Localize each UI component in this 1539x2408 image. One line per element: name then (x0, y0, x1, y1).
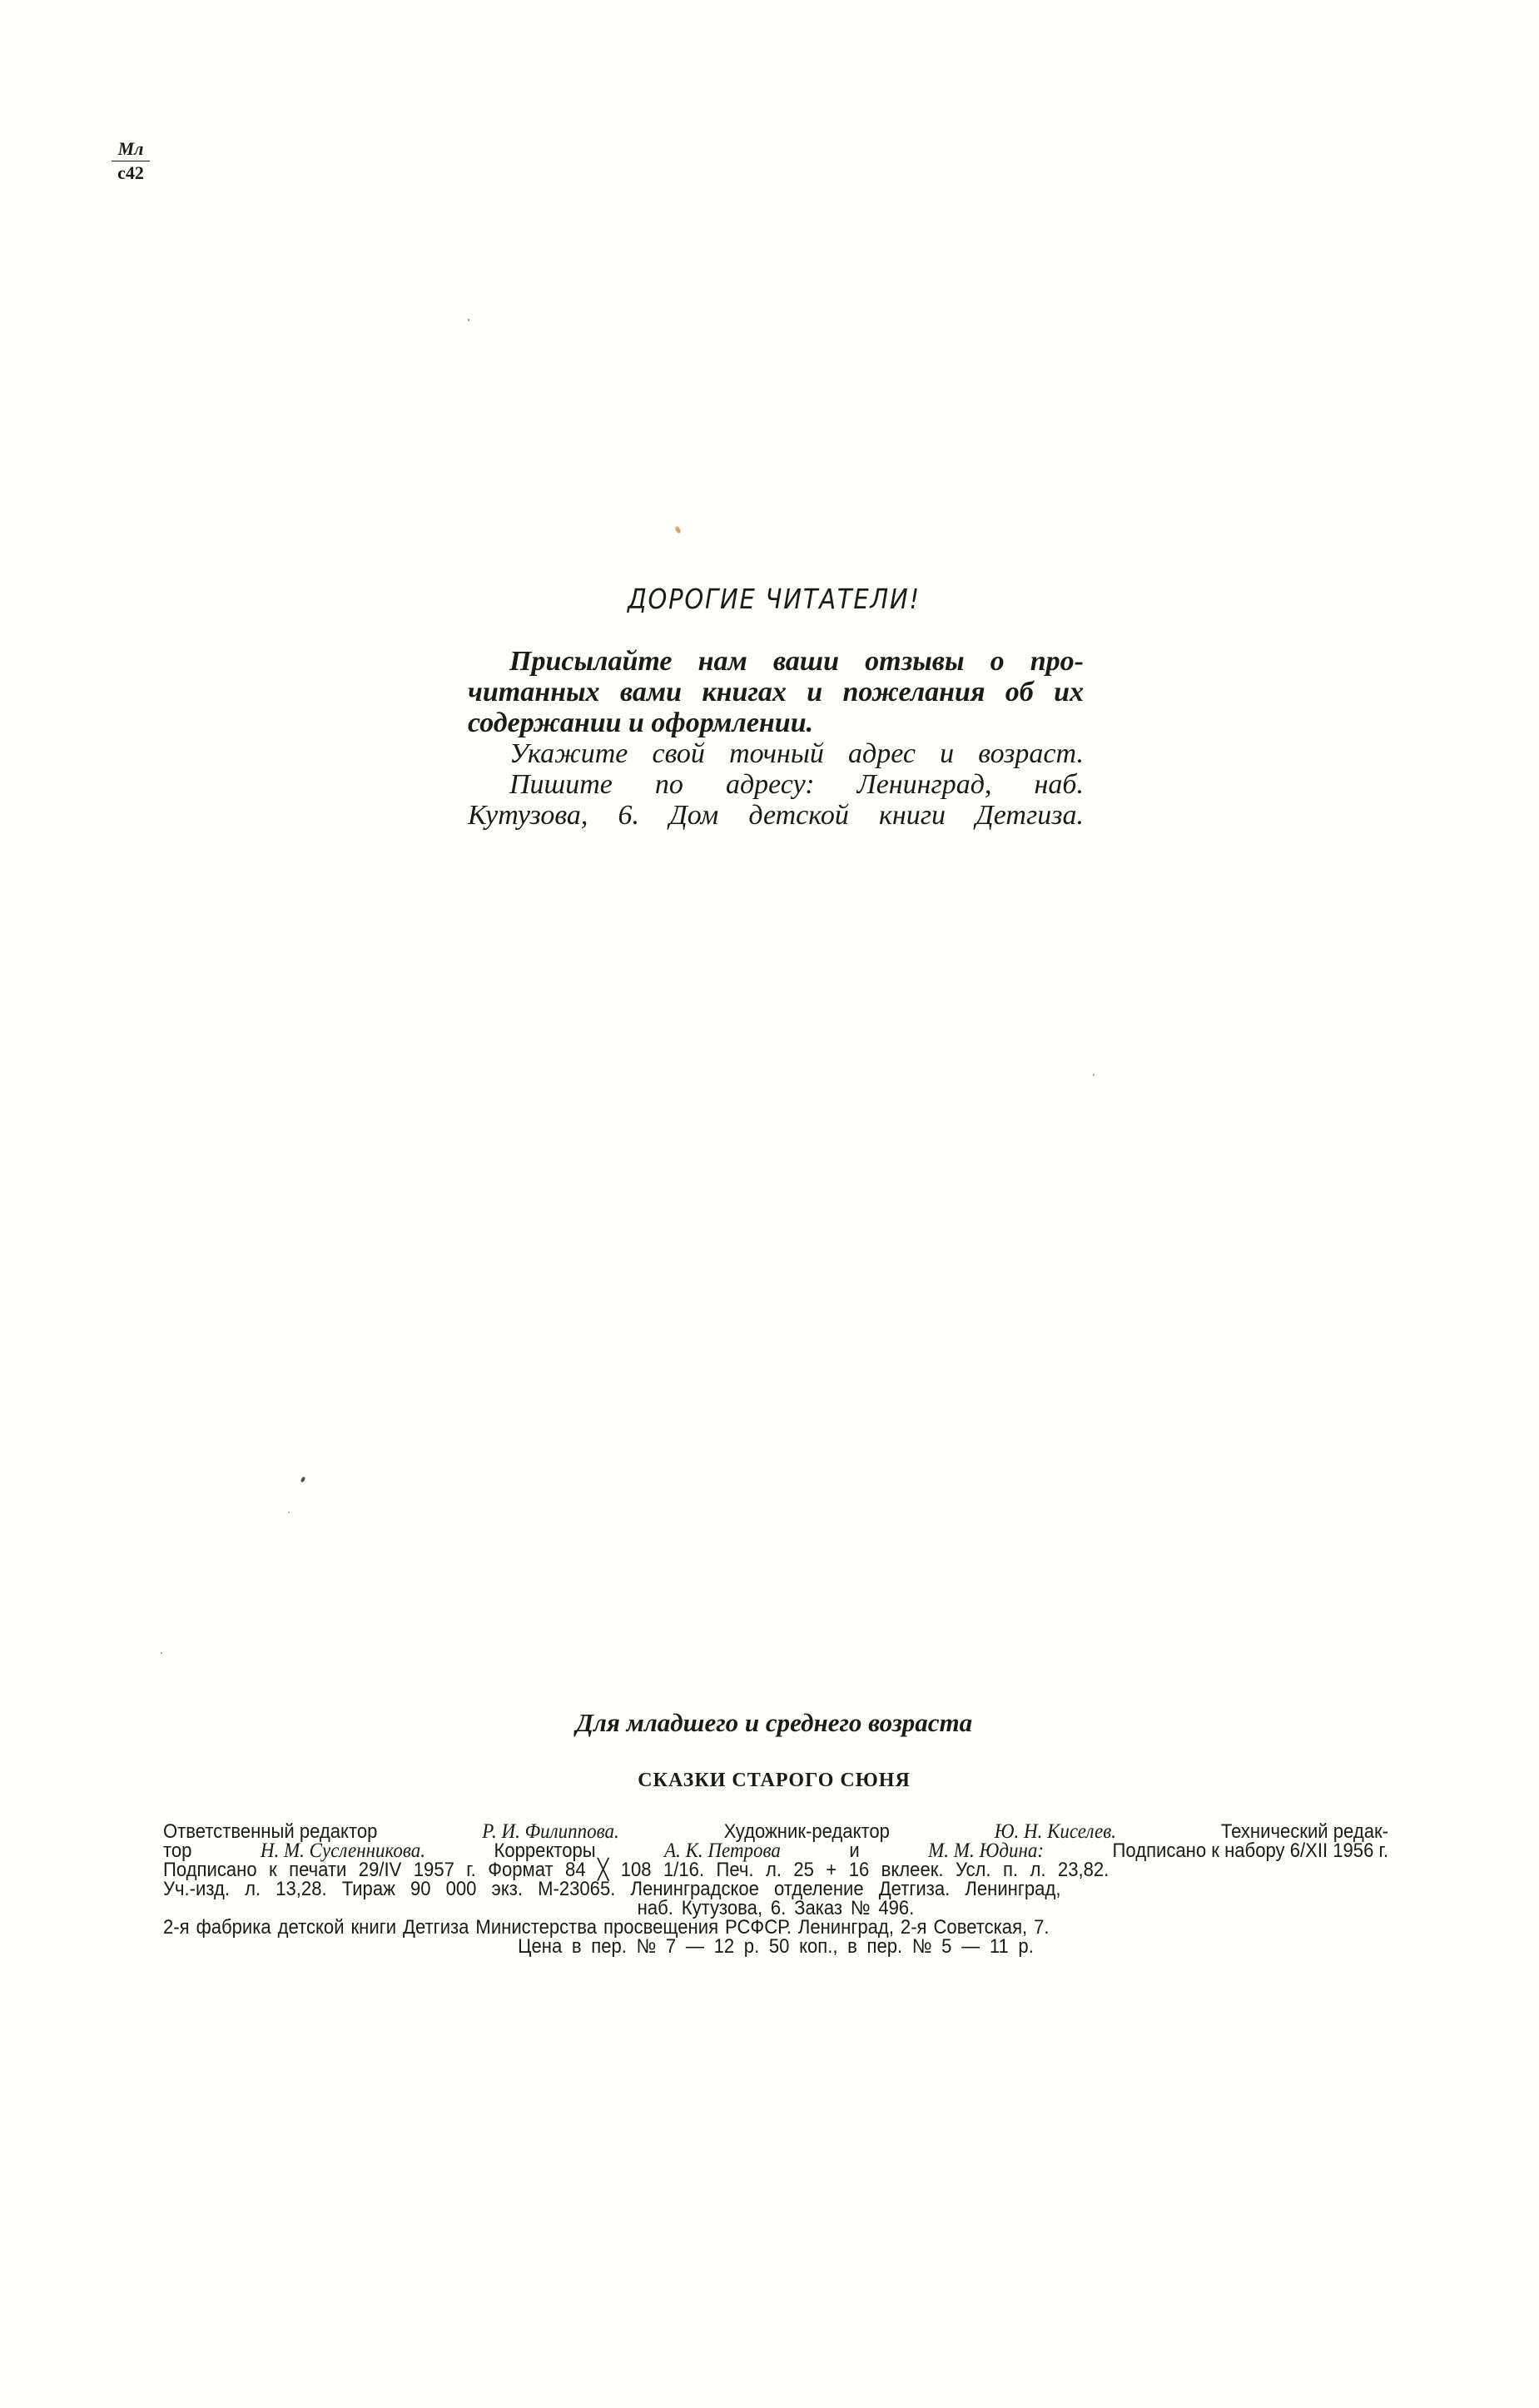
book-title: СКАЗКИ СТАРОГО СЮНЯ (466, 1770, 1082, 1792)
colophon-line-2: тор Н. М. Сусленникова. Корректоры А. К.… (163, 1841, 1388, 1860)
art-editor: Ю. Н. Киселев. (995, 1822, 1116, 1841)
notice-line: Пишите по адресу: Ленинград, наб. (468, 769, 1084, 800)
colophon-line-7: Цена в пер. № 7 — 12 р. 50 коп., в пер. … (163, 1937, 1388, 1956)
colophon-text: Технический редак- (1221, 1822, 1388, 1841)
library-classification-code: Мл с42 (112, 140, 150, 182)
colophon-text: Корректоры (494, 1841, 595, 1860)
notice-line: Укажите свой точный адрес и возраст. (468, 738, 1084, 769)
notice-line: Присылайте нам ваши отзывы о про- (468, 646, 1084, 677)
readers-notice-body: Присылайте нам ваши отзывы о про- читанн… (468, 646, 1084, 831)
colophon-text: Подписано к набору 6/XII 1956 г. (1113, 1841, 1388, 1860)
colophon: Ответственный редактор Р. И. Филиппова. … (163, 1822, 1388, 1956)
colophon-text: 2-я фабрика детской книги Детгиза Минист… (163, 1918, 1050, 1937)
colophon-line-6: 2-я фабрика детской книги Детгиза Минист… (163, 1918, 1388, 1937)
colophon-line-5: наб. Кутузова, 6. Заказ № 496. (163, 1899, 1388, 1918)
proofreader: М. М. Юдина: (928, 1841, 1044, 1860)
colophon-text: наб. Кутузова, 6. Заказ № 496. (638, 1899, 915, 1918)
notice-line: Кутузова, 6. Дом детской книги Детгиза. (468, 800, 1084, 831)
colophon-text: Подписано к печати 29/IV 1957 г. Формат … (163, 1860, 1109, 1879)
classification-bottom: с42 (112, 161, 150, 182)
colophon-text: Ответственный редактор (163, 1822, 377, 1841)
paper-speck (161, 1652, 162, 1654)
notice-line: читанных вами книгах и пожелания об их (468, 677, 1084, 708)
responsible-editor: Р. И. Филиппова. (482, 1822, 618, 1841)
colophon-line-4: Уч.-изд. л. 13,28. Тираж 90 000 экз. М-2… (163, 1879, 1388, 1899)
technical-editor: Н. М. Сусленникова. (261, 1841, 425, 1860)
classification-top: Мл (112, 140, 150, 161)
colophon-line-3: Подписано к печати 29/IV 1957 г. Формат … (163, 1860, 1388, 1879)
age-group-label: Для младшего и среднего возраста (466, 1708, 1082, 1738)
paper-speck (288, 1512, 290, 1513)
price-line: Цена в пер. № 7 — 12 р. 50 коп., в пер. … (518, 1937, 1034, 1956)
colophon-line-1: Ответственный редактор Р. И. Филиппова. … (163, 1822, 1388, 1841)
paper-speck (300, 1476, 306, 1482)
notice-line: содержании и оформлении. (468, 708, 1084, 738)
colophon-text: и (849, 1841, 859, 1860)
paper-speck (1093, 1074, 1095, 1076)
colophon-text: Художник-редактор (724, 1822, 890, 1841)
paper-speck (468, 319, 469, 321)
paper-speck (674, 525, 682, 534)
colophon-text: тор (163, 1841, 191, 1860)
proofreader: А. К. Петрова (664, 1841, 781, 1860)
colophon-text: Уч.-изд. л. 13,28. Тираж 90 000 экз. М-2… (163, 1879, 1060, 1899)
readers-notice-title: ДОРОГИЕ ЧИТАТЕЛИ! (503, 583, 1045, 615)
